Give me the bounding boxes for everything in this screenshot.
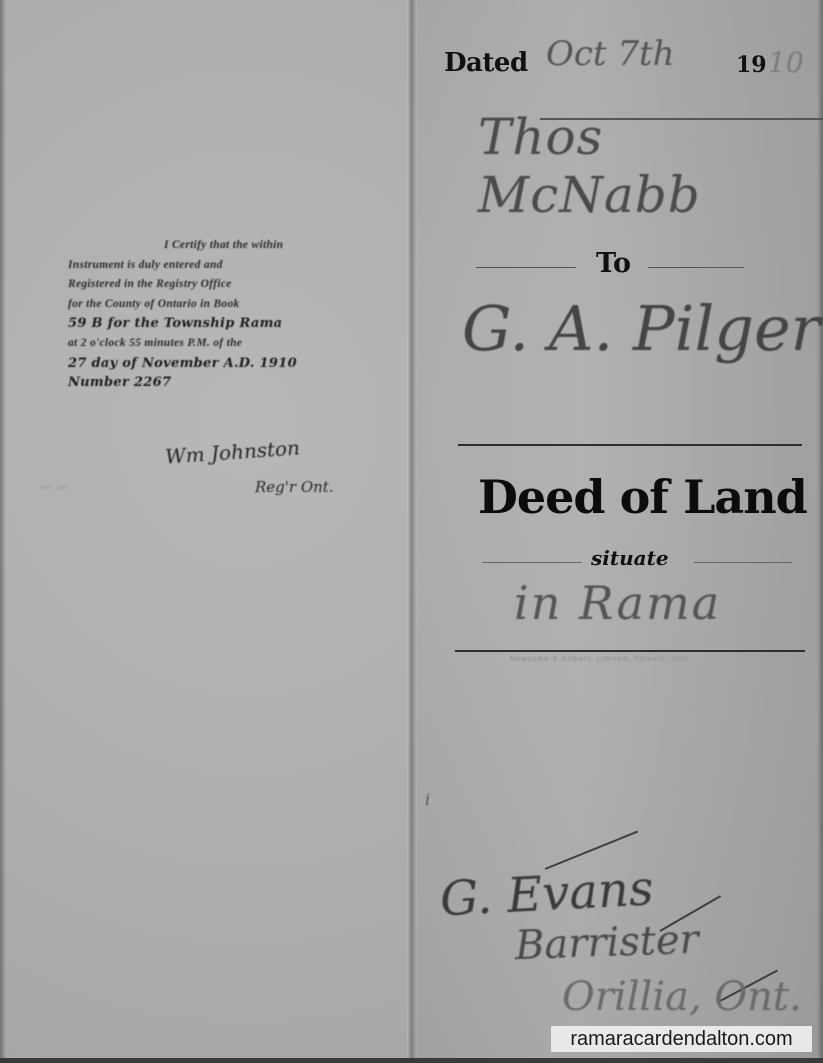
dated-value: Oct 7th [546,34,675,74]
solicitor-signature: G. Evans [439,860,655,927]
certificate-line: 59 B for the Township Rama [68,314,358,334]
deed-document: I Certify that the within Instrument is … [0,0,823,1058]
certificate-line: 27 day of November A.D. 1910 [68,354,358,374]
certificate-line: I Certify that the within [68,236,358,256]
solicitor-title: Barrister [514,917,699,969]
dated-row: Dated Oct 7th 19 10 [444,40,794,80]
printer-imprint: Newsome & Gilbert, Limited, Toronto, Ont… [510,656,690,663]
registry-certificate: I Certify that the within Instrument is … [68,236,358,393]
certificate-line: Instrument is duly entered and [68,256,358,276]
grantor-name: Thos McNabb [478,108,823,224]
to-row: To [476,248,744,282]
to-rule-left [476,267,576,268]
solicitor-place: Orillia, Ont. [562,974,802,1020]
top-rule [458,444,802,446]
certificate-line: Number 2267 [68,373,358,393]
to-rule-right [648,267,744,268]
situate-label: situate [591,546,669,570]
image-bottom-border [0,1058,823,1063]
certificate-line: at 2 o'clock 55 minutes P.M. of the [68,334,358,354]
grantee-name: G. A. Pilger [462,292,820,365]
document-title: Deed of Land [478,470,807,524]
stray-ink-mark: i [425,790,430,809]
website-watermark: ramaracardendalton.com [551,1026,812,1052]
to-label: To [596,248,631,279]
registrar-title: Reg'r Ont. [255,478,334,496]
location-text: in Rama [514,576,721,630]
dated-label: Dated [444,48,528,78]
situate-rule-right [694,562,792,563]
situate-rule-left [482,562,582,563]
certificate-line: for the County of Ontario in Book [68,295,358,315]
situate-row: situate [482,548,792,574]
faint-ink-bleed: ~ ~ [40,480,68,496]
certificate-line: Registered in the Registry Office [68,275,358,295]
year-prefix: 19 [736,52,767,78]
left-panel: I Certify that the within Instrument is … [0,0,413,1058]
year-suffix: 10 [768,46,804,79]
bottom-rule [455,650,805,652]
registrar-signature: Wm Johnston [164,435,300,468]
